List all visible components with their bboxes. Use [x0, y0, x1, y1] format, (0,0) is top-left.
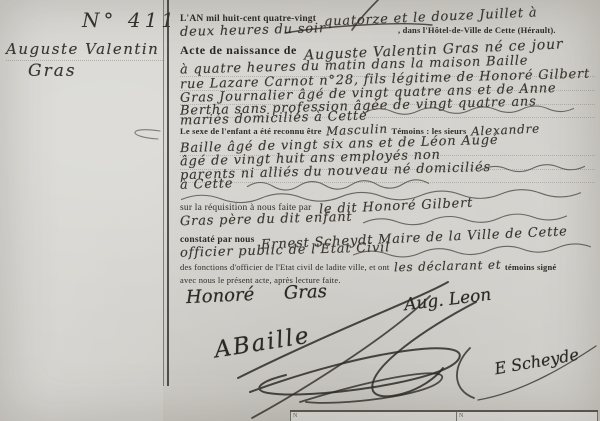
next-form-cell1: N — [290, 412, 457, 421]
next-form-cell2-label: N — [459, 413, 463, 419]
written-time-text: deux heures du soir — [180, 21, 326, 40]
act-number-text: N° 411 — [82, 8, 178, 32]
handwritten-text: Gras père du dit enfant — [180, 210, 353, 230]
margin-name-line1: Auguste Valentin — [6, 40, 163, 59]
register-margin-column — [0, 0, 163, 421]
next-form-cell2: N — [457, 412, 598, 421]
scheydt-leadin — [457, 348, 474, 398]
margin-rule-thick — [167, 0, 169, 386]
baille-loop2 — [300, 373, 442, 403]
header-line-place: deux heures du soir , dans l'Hôtel-de-Vi… — [180, 21, 595, 39]
baille-descender — [252, 296, 430, 418]
signature-aug-leon: Aug. Leon — [403, 285, 492, 316]
next-form-boxes: N N — [290, 410, 598, 421]
margin-child-surname: Gras — [28, 61, 77, 81]
printed-place-text: , dans l'Hôtel-de-Ville de Cette (Héraul… — [398, 25, 556, 35]
requisition-line2: Gras père du dit enfant — [180, 210, 353, 228]
printed-closing-text2: témoins signé — [505, 262, 556, 272]
signature-temoin-baille: ABaille — [214, 330, 311, 356]
signature-declarant: Honoré Gras — [186, 284, 327, 305]
signature-scheydt: E Scheyde — [493, 345, 580, 379]
margin-child-firstnames: Auguste Valentin — [6, 40, 163, 61]
leon-paraph — [372, 302, 476, 396]
filler-squiggle — [180, 184, 595, 209]
next-form-cell1-label: N — [293, 413, 297, 419]
signature-officier: E Scheyde — [494, 352, 579, 372]
margin-name-line2: Gras — [28, 61, 77, 81]
acte-naissance-label: Acte de naissance de — [180, 43, 297, 57]
signature-honore-gras: Honoré Gras — [186, 281, 328, 308]
act-number: N° 411 — [82, 8, 178, 32]
signature-temoin-leon: Aug. Leon — [404, 290, 491, 310]
birth-certificate-scan: N° 411 Auguste Valentin Gras L'AN mil hu… — [0, 0, 600, 421]
signature-baille: ABaille — [213, 323, 313, 364]
